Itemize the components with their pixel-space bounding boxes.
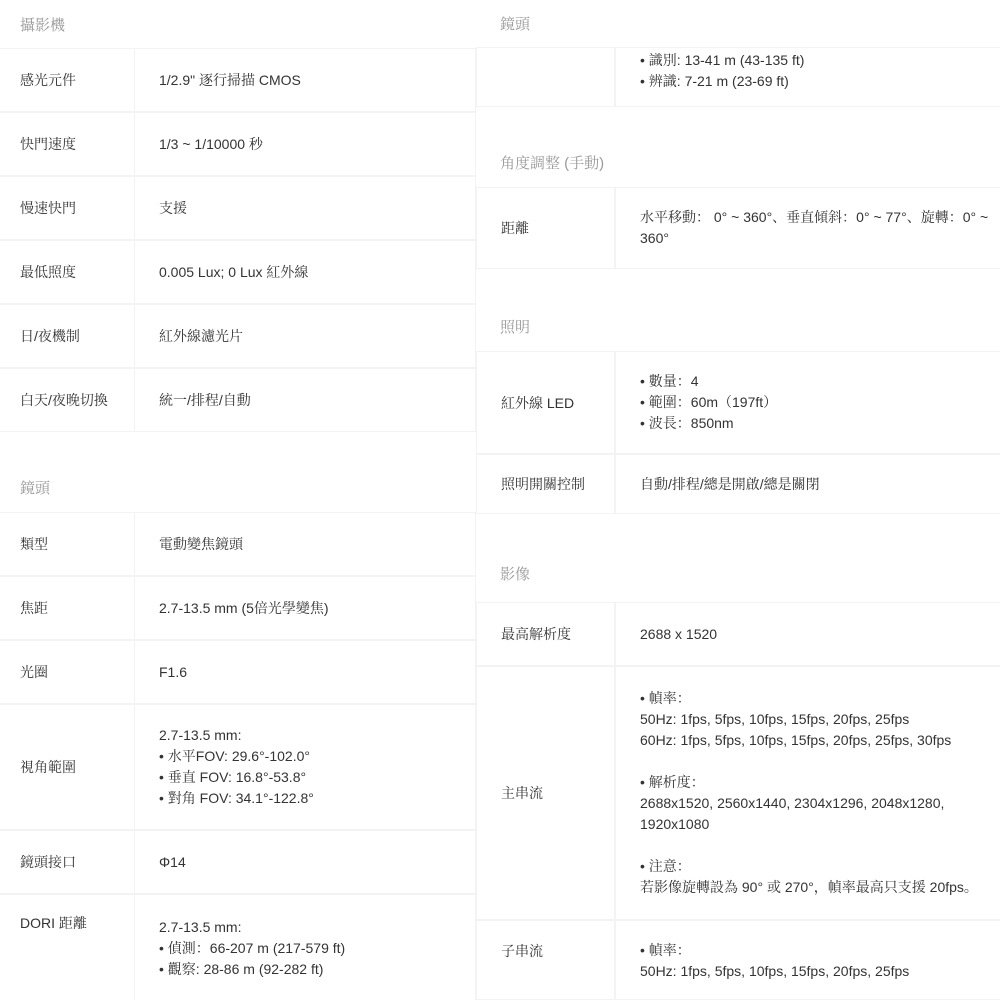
spec-row-aperture: 光圈 F1.6 xyxy=(0,640,476,704)
spec-row-focal-length: 焦距 2.7-13.5 mm (5倍光學變焦) xyxy=(0,576,476,640)
value-line: 360° xyxy=(640,228,988,249)
value-line: • 解析度： xyxy=(640,772,978,793)
value-line: 60Hz: 1fps, 5fps, 10fps, 15fps, 20fps, 2… xyxy=(640,730,978,751)
spec-label: 最低照度 xyxy=(0,240,134,304)
section-title-camera: 攝影機 xyxy=(0,0,476,48)
section-title-lens-continued: 鏡頭 xyxy=(476,0,1000,47)
spec-row-sensor: 感光元件 1/2.9" 逐行掃描 CMOS xyxy=(0,48,476,112)
value-line: • 範圍：60m（197ft） xyxy=(640,392,777,413)
spec-row-lens-type: 類型 電動變焦鏡頭 xyxy=(0,512,476,576)
section-title-illumination: 照明 xyxy=(476,269,1000,351)
spec-row-dori-distance: DORI 距離 2.7-13.5 mm: • 偵測：66-207 m (217-… xyxy=(0,894,476,1000)
spec-label: 最高解析度 xyxy=(476,602,615,666)
value-line: • 對角 FOV: 34.1°-122.8° xyxy=(159,788,314,809)
spec-row-lens-mount: 鏡頭接口 Φ14 xyxy=(0,830,476,894)
spec-label: 快門速度 xyxy=(0,112,134,176)
spec-row-sub-stream: 子串流 • 幀率： 50Hz: 1fps, 5fps, 10fps, 15fps… xyxy=(476,920,1000,1000)
spec-row-ir-led: 紅外線 LED • 數量：4 • 範圍：60m（197ft） • 波長：850n… xyxy=(476,351,1000,454)
spec-value: Φ14 xyxy=(134,830,476,894)
spec-label: 白天/夜晚切換 xyxy=(0,368,134,432)
value-line: • 垂直 FOV: 16.8°-53.8° xyxy=(159,767,314,788)
spec-row-day-night-switch: 白天/夜晚切換 統一/排程/自動 xyxy=(0,368,476,432)
value-line: • 觀察: 28-86 m (92-282 ft) xyxy=(159,959,345,980)
spec-row-slow-shutter: 慢速快門 支援 xyxy=(0,176,476,240)
spec-label: 感光元件 xyxy=(0,48,134,112)
spec-value: 支援 xyxy=(134,176,476,240)
value-line: 50Hz: 1fps, 5fps, 10fps, 15fps, 20fps, 2… xyxy=(640,709,978,730)
value-line: • 偵測：66-207 m (217-579 ft) xyxy=(159,938,345,959)
section-title-lens: 鏡頭 xyxy=(0,432,476,512)
spec-value: 電動變焦鏡頭 xyxy=(134,512,476,576)
value-line: 2688x1520, 2560x1440, 2304x1296, 2048x12… xyxy=(640,793,978,814)
value-line: • 幀率： xyxy=(640,688,978,709)
spec-row-illumination-control: 照明開關控制 自動/排程/總是開啟/總是關閉 xyxy=(476,454,1000,514)
value-line: 水平移動： 0° ~ 360°、垂直傾斜：0° ~ 77°、旋轉：0° ~ xyxy=(640,207,988,228)
spec-value: 2688 x 1520 xyxy=(615,602,1000,666)
section-title-angle-adjustment: 角度調整 (手動) xyxy=(476,107,1000,187)
spec-row-day-night: 日/夜機制 紅外線濾光片 xyxy=(0,304,476,368)
spec-value: 自動/排程/總是開啟/總是關閉 xyxy=(615,454,1000,514)
spec-label: 類型 xyxy=(0,512,134,576)
spec-label: 視角範圍 xyxy=(0,704,134,830)
spec-row-max-resolution: 最高解析度 2688 x 1520 xyxy=(476,602,1000,666)
spec-label: 焦距 xyxy=(0,576,134,640)
value-line: 1920x1080 xyxy=(640,814,978,835)
spec-value: • 數量：4 • 範圍：60m（197ft） • 波長：850nm xyxy=(615,351,1000,454)
spec-row-field-of-view: 視角範圍 2.7-13.5 mm: • 水平FOV: 29.6°-102.0° … xyxy=(0,704,476,830)
spec-value: 統一/排程/自動 xyxy=(134,368,476,432)
spec-label: DORI 距離 xyxy=(0,894,134,1000)
spec-label: 光圈 xyxy=(0,640,134,704)
value-line: • 幀率： xyxy=(640,940,909,961)
value-line: • 辨識: 7-21 m (23-69 ft) xyxy=(640,71,804,92)
spec-value: 紅外線濾光片 xyxy=(134,304,476,368)
spec-row-shutter-speed: 快門速度 1/3 ~ 1/10000 秒 xyxy=(0,112,476,176)
spec-row-main-stream: 主串流 • 幀率： 50Hz: 1fps, 5fps, 10fps, 15fps… xyxy=(476,666,1000,920)
spec-value: • 幀率： 50Hz: 1fps, 5fps, 10fps, 15fps, 20… xyxy=(615,920,1000,1000)
spec-row-dori-continued: • 識別: 13-41 m (43-135 ft) • 辨識: 7-21 m (… xyxy=(476,47,1000,107)
spec-row-angle-range: 距離 水平移動： 0° ~ 360°、垂直傾斜：0° ~ 77°、旋轉：0° ~… xyxy=(476,187,1000,269)
value-line: • 數量：4 xyxy=(640,371,777,392)
spec-label: 主串流 xyxy=(476,666,615,920)
value-line: 2.7-13.5 mm: xyxy=(159,917,345,938)
spec-value: 2.7-13.5 mm: • 偵測：66-207 m (217-579 ft) … xyxy=(134,894,476,1000)
value-line: • 識別: 13-41 m (43-135 ft) xyxy=(640,50,804,71)
spec-label-empty xyxy=(476,47,615,107)
spec-label: 照明開關控制 xyxy=(476,454,615,514)
value-line: 50Hz: 1fps, 5fps, 10fps, 15fps, 20fps, 2… xyxy=(640,961,909,982)
value-line: • 水平FOV: 29.6°-102.0° xyxy=(159,746,314,767)
value-line: • 注意： xyxy=(640,856,978,877)
spec-value: 1/3 ~ 1/10000 秒 xyxy=(134,112,476,176)
value-line: • 波長：850nm xyxy=(640,413,777,434)
spec-value: 2.7-13.5 mm (5倍光學變焦) xyxy=(134,576,476,640)
spec-value: • 幀率： 50Hz: 1fps, 5fps, 10fps, 15fps, 20… xyxy=(615,666,1000,920)
spec-label: 距離 xyxy=(476,187,615,269)
value-line: 2.7-13.5 mm: xyxy=(159,725,314,746)
line-gap xyxy=(640,835,978,856)
value-line: 若影像旋轉設為 90° 或 270°，幀率最高只支援 20fps。 xyxy=(640,877,978,898)
spec-value: 水平移動： 0° ~ 360°、垂直傾斜：0° ~ 77°、旋轉：0° ~ 36… xyxy=(615,187,1000,269)
spec-label: 鏡頭接口 xyxy=(0,830,134,894)
spec-label: 子串流 xyxy=(476,920,615,1000)
spec-value: 1/2.9" 逐行掃描 CMOS xyxy=(134,48,476,112)
spec-value: • 識別: 13-41 m (43-135 ft) • 辨識: 7-21 m (… xyxy=(615,47,1000,107)
spec-row-min-illumination: 最低照度 0.005 Lux; 0 Lux 紅外線 xyxy=(0,240,476,304)
line-gap xyxy=(640,751,978,772)
section-title-video: 影像 xyxy=(476,514,1000,602)
spec-value: 2.7-13.5 mm: • 水平FOV: 29.6°-102.0° • 垂直 … xyxy=(134,704,476,830)
spec-value: F1.6 xyxy=(134,640,476,704)
spec-label: 紅外線 LED xyxy=(476,351,615,454)
spec-label: 慢速快門 xyxy=(0,176,134,240)
spec-column-left: 攝影機 感光元件 1/2.9" 逐行掃描 CMOS 快門速度 1/3 ~ 1/1… xyxy=(0,0,476,1000)
spec-value: 0.005 Lux; 0 Lux 紅外線 xyxy=(134,240,476,304)
spec-column-right: 鏡頭 • 識別: 13-41 m (43-135 ft) • 辨識: 7-21 … xyxy=(476,0,1000,1000)
spec-label: 日/夜機制 xyxy=(0,304,134,368)
